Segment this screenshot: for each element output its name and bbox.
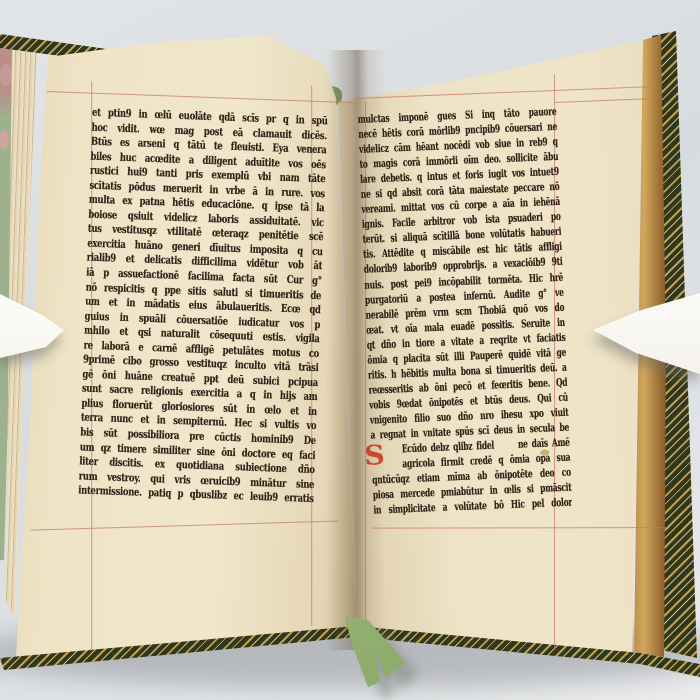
red-rule-horizontal-bottom	[31, 521, 339, 531]
red-rule-horizontal-bottom	[372, 527, 668, 529]
red-rule-horizontal-top	[355, 86, 651, 99]
red-rule-horizontal-top-segment	[555, 98, 647, 103]
right-page-text: mulctas imponē gues Si inq tāto pauorene…	[357, 104, 572, 518]
red-rule-horizontal-top	[47, 91, 355, 103]
rubricated-initial: S	[364, 441, 407, 471]
right-page-content: mulctas imponē gues Si inq tāto pauorene…	[354, 64, 678, 676]
left-page-text: et ptin9 in œlū euolāte qdā scīs pr q in…	[78, 106, 328, 507]
book-photo-scene: et ptin9 in œlū euolāte qdā scīs pr q in…	[0, 0, 700, 700]
left-page-content: et ptin9 in œlū euolāte qdā scīs pr q in…	[26, 60, 360, 681]
